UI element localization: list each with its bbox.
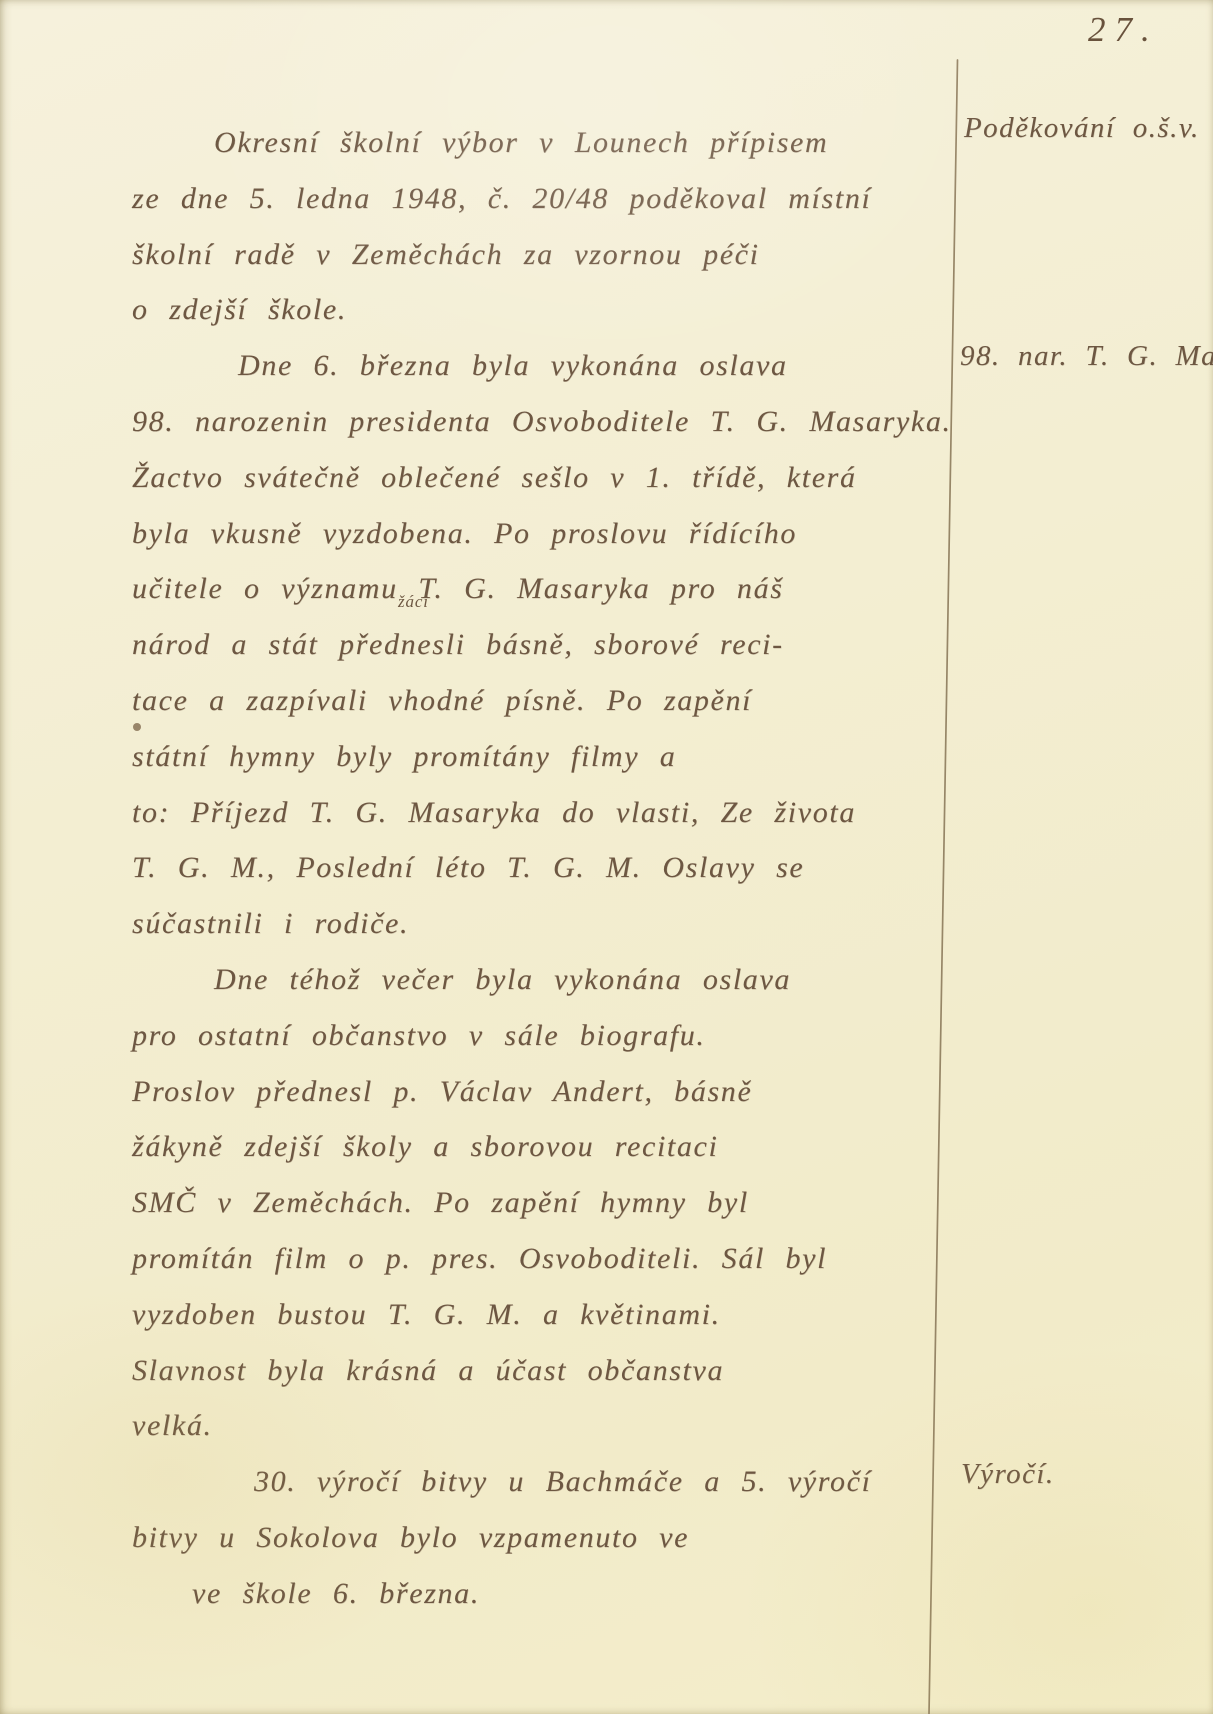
text-line: učitele o významu T. G. Masaryka pro náš xyxy=(132,561,962,617)
text-line: Proslov přednesl p. Václav Andert, básně xyxy=(132,1064,962,1120)
text-line: Dne téhož večer byla vykonána oslava xyxy=(132,952,962,1008)
interlinear-insertion-zaci: žáci xyxy=(398,592,429,612)
ink-blot xyxy=(133,723,141,731)
page-number: 27. xyxy=(1088,10,1159,50)
text-line: 98. narozenin presidenta Osvoboditele T.… xyxy=(132,394,962,450)
text-line: školní radě v Zeměchách za vzornou péči xyxy=(132,227,962,283)
main-text: Okresní školní výbor v Lounech přípisem … xyxy=(132,115,962,1622)
text-line: vyzdoben bustou T. G. M. a květinami. xyxy=(132,1287,962,1343)
margin-note-anniversary: Výročí. xyxy=(961,1458,1055,1491)
text-line: žákyně zdejší školy a sborovou recitaci xyxy=(132,1119,962,1175)
text-line: T. G. M., Poslední léto T. G. M. Oslavy … xyxy=(132,840,962,896)
text-line: súčastnili i rodiče. xyxy=(132,896,962,952)
text-line: pro ostatní občanstvo v sále biografu. xyxy=(132,1008,962,1064)
text-line: o zdejší škole. xyxy=(132,282,962,338)
text-line: tace a zazpívali vhodné písně. Po zapění xyxy=(132,673,962,729)
text-line: SMČ v Zeměchách. Po zapění hymny byl xyxy=(132,1175,962,1231)
text-line: státní hymny byly promítány filmy a xyxy=(132,729,962,785)
margin-note-thanks: Poděkování o.š.v. xyxy=(964,112,1200,145)
text-line: 30. výročí bitvy u Bachmáče a 5. výročí xyxy=(132,1454,962,1510)
text-line: Žactvo svátečně oblečené sešlo v 1. tříd… xyxy=(132,450,962,506)
text-line: byla vkusně vyzdobena. Po proslovu řídíc… xyxy=(132,506,962,562)
margin-note-masaryk-birthday: 98. nar. T. G. Masaryka xyxy=(960,340,1213,373)
text-line: promítán film o p. pres. Osvoboditeli. S… xyxy=(132,1231,962,1287)
text-line: Slavnost byla krásná a účast občanstva xyxy=(132,1343,962,1399)
text-line: bitvy u Sokolova bylo vzpamenuto ve xyxy=(132,1510,962,1566)
text-line: Okresní školní výbor v Lounech přípisem xyxy=(132,115,962,171)
text-line: to: Příjezd T. G. Masaryka do vlasti, Ze… xyxy=(132,785,962,841)
text-line: Dne 6. března byla vykonána oslava xyxy=(132,338,962,394)
text-line: velká. xyxy=(132,1398,962,1454)
text-line: ze dne 5. ledna 1948, č. 20/48 poděkoval… xyxy=(132,171,962,227)
text-line: ve škole 6. března. xyxy=(132,1566,962,1622)
text-line: národ a stát přednesli básně, sborové re… xyxy=(132,617,962,673)
chronicle-page: 27. Okresní školní výbor v Lounech přípi… xyxy=(0,0,1213,1714)
